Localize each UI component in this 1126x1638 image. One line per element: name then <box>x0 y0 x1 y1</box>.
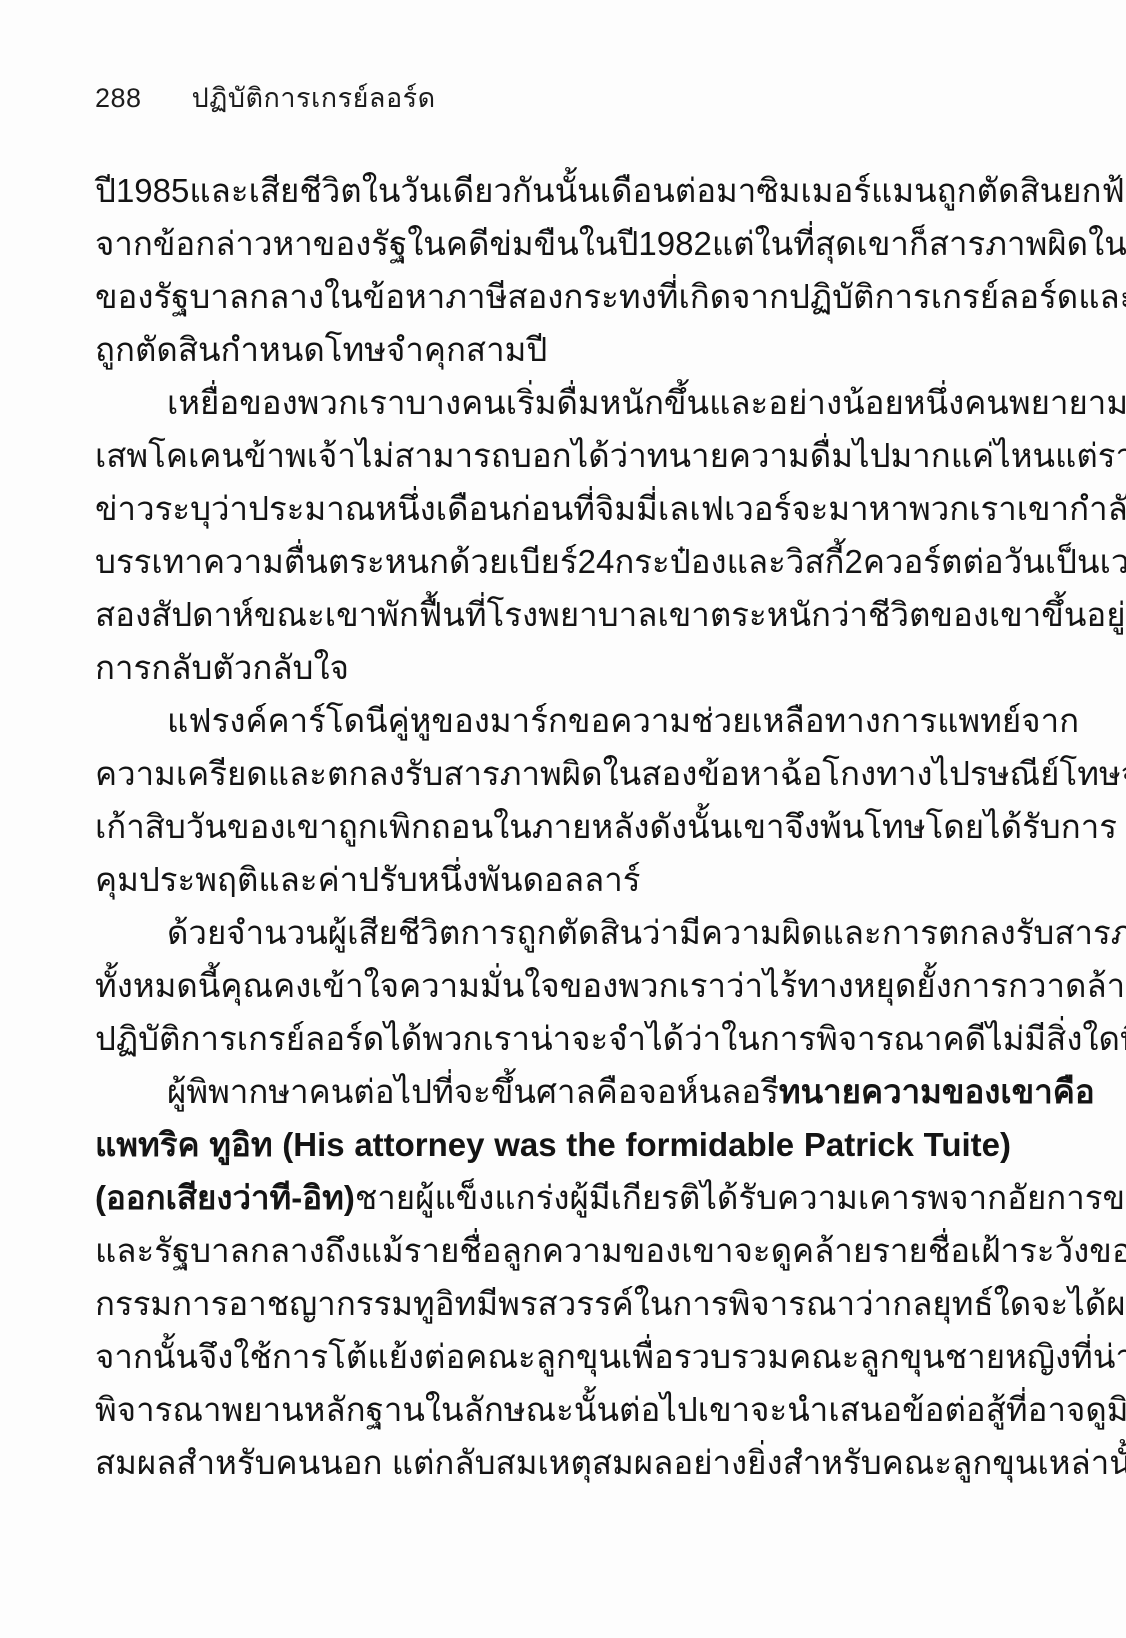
text-line: ของรัฐบาลกลางในข้อหาภาษีสองกระทงที่เกิดจ… <box>95 270 1011 323</box>
text-segment: ไม่มีสิ่งใดที่แน่นอน <box>986 1012 1126 1065</box>
body-text: ปี1985และเสียชีวิตในวันเดียวกันนั้นเดือน… <box>95 164 1011 1489</box>
text-segment: ต่อไปเขาจะนำเสนอข้อต่อสู้ที่อาจดูมิสมเหต… <box>619 1383 1126 1436</box>
text-line: ปฏิบัติการเกรย์ลอร์ดได้พวกเราน่าจะจำได้ว… <box>95 1012 1011 1065</box>
text-segment: และเสียชีวิตในวันเดียวกันนั้น <box>189 164 599 217</box>
text-segment: เก้าสิบวันของเขาถูกเพิกถอนในภายหลัง <box>95 800 650 853</box>
text-line: ด้วยจำนวนผู้เสียชีวิตการถูกตัดสินว่ามีคว… <box>95 906 1011 959</box>
text-line: คุมประพฤติและค่าปรับหนึ่งพันดอลลาร์ <box>95 853 1011 906</box>
text-segment-bold: ทนายความของเขาคือ <box>779 1065 1095 1118</box>
text-segment: เดือนต่อมา <box>600 164 757 217</box>
text-segment: ลอรี <box>721 1065 779 1118</box>
text-segment: ซิมเมอร์แมนถูกตัดสินยกฟ้อง <box>756 164 1126 217</box>
text-segment-bold: ทูอิท <box>209 1118 272 1171</box>
text-line: กรรมการอาชญากรรมทูอิทมีพรสวรรค์ในการพิจา… <box>95 1277 1011 1330</box>
text-segment: จากนั้นจึงใช้การโต้แย้งต่อคณะลูกขุนเพื่อ… <box>95 1330 1126 1383</box>
text-line: ผู้พิพากษาคนต่อไปที่จะขึ้นศาลคือจอห์นลอร… <box>95 1065 1011 1118</box>
running-title: ปฏิบัติการเกรย์ลอร์ด <box>192 76 436 119</box>
text-segment: ความเครียด <box>95 747 268 800</box>
text-segment: ทูอิทมีพรสวรรค์ในการพิจารณาว่ากลยุทธ์ใดจ… <box>413 1277 1126 1330</box>
text-segment: แต่รายงาน <box>1055 429 1126 482</box>
text-segment: และการตกลงรับสารภาพ <box>823 906 1126 959</box>
text-segment: สมผลสำหรับคนนอก แต่กลับสมเหตุสมผลอย่างยิ… <box>95 1444 1126 1481</box>
text-segment: ขณะเขาพักฟื้นที่โรงพยาบาล <box>254 588 658 641</box>
text-line: ทั้งหมดนี้คุณคงเข้าใจความมั่นใจของพวกเรา… <box>95 959 1011 1012</box>
text-segment: คาร์โดนี <box>268 694 388 747</box>
text-line: ปี1985และเสียชีวิตในวันเดียวกันนั้นเดือน… <box>95 164 1011 217</box>
text-segment: เสพโคเคน <box>95 429 244 482</box>
text-line: จากข้อกล่าวหาของรัฐในคดีข่มขืนในปี1982แต… <box>95 217 1011 270</box>
text-segment: เลเฟเวอร์จะมาหาพวกเรา <box>658 482 1017 535</box>
text-line: แฟรงค์คาร์โดนีคู่หูของมาร์กขอความช่วยเหล… <box>95 694 1011 747</box>
text-line: ข่าวระบุว่าประมาณหนึ่งเดือนก่อนที่จิมมี่… <box>95 482 1011 535</box>
text-segment: จากข้อกล่าวหาของรัฐในคดีข่มขืนในปี <box>95 217 638 270</box>
text-segment: 1982 <box>638 217 711 270</box>
text-segment: กรรมการอาชญากรรม <box>95 1277 413 1330</box>
text-segment: คุณคงเข้าใจความมั่นใจของพวกเราว่าไร้ทางห… <box>220 959 1126 1012</box>
text-segment-bold: the <box>566 1118 616 1171</box>
text-segment-bold: ที-อิท) <box>270 1171 355 1224</box>
text-segment: โทษจำคุก <box>1059 747 1126 800</box>
text-line: แพทริคทูอิท(HisattorneywastheformidableP… <box>95 1118 1011 1171</box>
book-page: 288 ปฏิบัติการเกรย์ลอร์ด ปี1985และเสียชี… <box>0 0 1126 1638</box>
text-segment: ของรัฐบาลกลางในข้อหาภาษีสองกระทงที่เกิดจ… <box>95 270 1126 323</box>
text-segment: พิจารณาพยานหลักฐานในลักษณะนั้น <box>95 1383 619 1436</box>
text-line: เหยื่อของพวกเราบางคนเริ่มดื่มหนักขึ้นและ… <box>95 376 1011 429</box>
text-segment: บรรเทาความตื่นตระหนกด้วยเบียร์ <box>95 535 578 588</box>
text-segment: ข่าวระบุว่าประมาณหนึ่งเดือนก่อนที่จิมมี่ <box>95 482 658 535</box>
text-line: เก้าสิบวันของเขาถูกเพิกถอนในภายหลังดังนั… <box>95 800 1011 853</box>
text-segment: ชายผู้แข็งแกร่ง <box>355 1171 570 1224</box>
text-segment-bold: Tuite) <box>924 1118 1011 1171</box>
text-segment: ปี <box>95 164 116 217</box>
text-line: เสพโคเคนข้าพเจ้าไม่สามารถบอกได้ว่าทนายคว… <box>95 429 1011 482</box>
text-segment: กระป๋องและวิสกี้ <box>614 535 844 588</box>
text-segment-bold: แพทริค <box>95 1118 200 1171</box>
text-segment-bold: (ออกเสียงว่า <box>95 1171 270 1224</box>
text-segment: พวกเราน่าจะจำได้ว่าในการพิจารณาคดี <box>422 1012 986 1065</box>
text-segment: และรัฐบาลกลางถึงแม้รายชื่อลูกความของเขาจ… <box>95 1224 1126 1277</box>
text-segment-bold: formidable <box>625 1118 794 1171</box>
text-segment: 24 <box>578 535 615 588</box>
text-segment: ควอร์ตต่อวันเป็นเวลา <box>863 535 1126 588</box>
text-line: พิจารณาพยานหลักฐานในลักษณะนั้นต่อไปเขาจะ… <box>95 1383 1011 1436</box>
text-segment: และอย่างน้อยหนึ่งคนพยายาม <box>709 376 1126 429</box>
text-segment-bold: was <box>494 1118 556 1171</box>
text-segment: แฟรงค์ <box>167 694 268 747</box>
text-line: (ออกเสียงว่าที-อิท)ชายผู้แข็งแกร่งผู้มีเ… <box>95 1171 1011 1224</box>
text-segment: และตกลงรับสารภาพผิดในสองข้อหาฉ้อโกงทางไป… <box>268 747 1060 800</box>
text-segment: เหยื่อของพวกเราบางคนเริ่มดื่มหนักขึ้น <box>167 376 709 429</box>
text-segment: คุมประพฤติและค่าปรับหนึ่งพันดอลลาร์ <box>95 861 641 898</box>
text-segment: 2 <box>845 535 863 588</box>
text-line: การกลับตัวกลับใจ <box>95 641 1011 694</box>
text-line: และรัฐบาลกลางถึงแม้รายชื่อลูกความของเขาจ… <box>95 1224 1011 1277</box>
text-segment: ผู้มีเกียรติ <box>570 1171 701 1224</box>
text-segment: ด้วยจำนวนผู้เสียชีวิต <box>167 906 460 959</box>
text-segment: ขอความช่วยเหลือทางการแพทย์จาก <box>568 694 1079 747</box>
text-segment: ถูกตัดสินกำหนดโทษจำคุกสามปี <box>95 331 547 368</box>
text-segment: แต่ในที่สุดเขาก็สารภาพผิดในศาล <box>712 217 1126 270</box>
text-segment: ทั้งหมดนี้ <box>95 959 220 1012</box>
text-line: ถูกตัดสินกำหนดโทษจำคุกสามปี <box>95 323 1011 376</box>
text-segment: ได้รับความเคารพจากอัยการของรัฐ <box>700 1171 1126 1224</box>
text-segment: เขาตระหนักว่าชีวิตของเขาขึ้นอยู่กับ <box>657 588 1126 641</box>
text-segment-bold: Patrick <box>804 1118 914 1171</box>
page-header: 288 ปฏิบัติการเกรย์ลอร์ด <box>95 76 436 119</box>
text-segment: การถูกตัดสินว่ามีความผิด <box>460 906 822 959</box>
text-segment: ข้าพเจ้าไม่สามารถบอกได้ว่าทนายความดื่มไป… <box>244 429 1055 482</box>
text-segment: คู่หูของมาร์ก <box>388 694 568 747</box>
text-segment-bold: (His <box>282 1118 344 1171</box>
page-number: 288 <box>95 83 142 114</box>
text-segment-bold: attorney <box>354 1118 484 1171</box>
text-segment: สองสัปดาห์ <box>95 588 254 641</box>
text-segment: เขากำลัง <box>1017 482 1126 535</box>
text-segment: ดังนั้นเขาจึงพ้นโทษโดยได้รับการ <box>650 800 1117 853</box>
text-line: สองสัปดาห์ขณะเขาพักฟื้นที่โรงพยาบาลเขาตร… <box>95 588 1011 641</box>
text-line: สมผลสำหรับคนนอก แต่กลับสมเหตุสมผลอย่างยิ… <box>95 1436 1011 1489</box>
text-segment: 1985 <box>116 164 189 217</box>
text-line: บรรเทาความตื่นตระหนกด้วยเบียร์24กระป๋องแ… <box>95 535 1011 588</box>
text-segment: การกลับตัวกลับใจ <box>95 649 349 686</box>
text-segment: ปฏิบัติการเกรย์ลอร์ดได้ <box>95 1012 422 1065</box>
text-line: จากนั้นจึงใช้การโต้แย้งต่อคณะลูกขุนเพื่อ… <box>95 1330 1011 1383</box>
text-segment: ผู้พิพากษาคนต่อไปที่จะขึ้นศาลคือจอห์น <box>167 1065 721 1118</box>
text-line: ความเครียดและตกลงรับสารภาพผิดในสองข้อหาฉ… <box>95 747 1011 800</box>
